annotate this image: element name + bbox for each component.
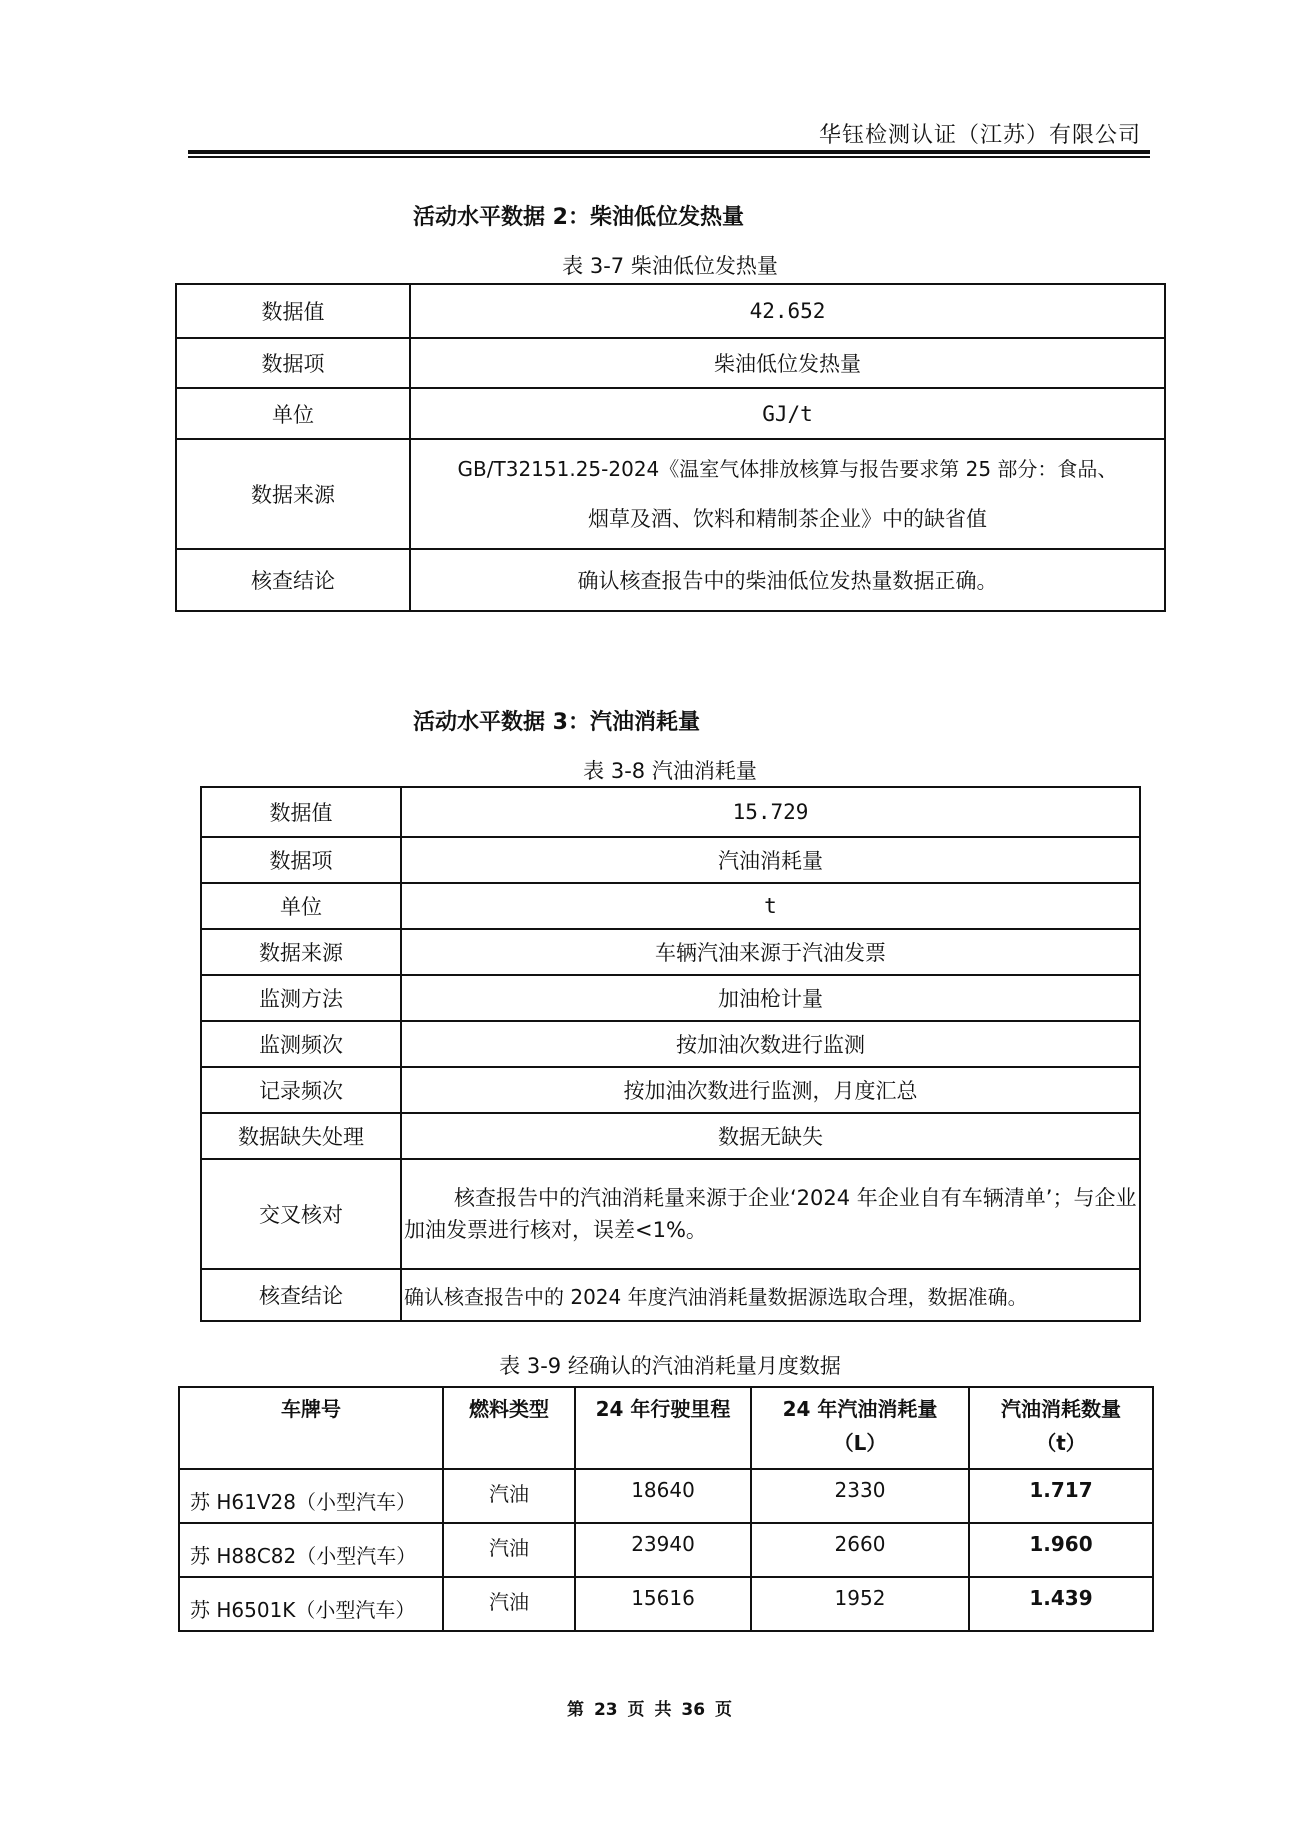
row-value: 汽油消耗量: [401, 837, 1140, 883]
table-caption-3-9: 表 3-9 经确认的汽油消耗量月度数据: [0, 1350, 1299, 1380]
row-label: 数据缺失处理: [201, 1113, 401, 1159]
cell-mileage: 18640: [575, 1469, 751, 1523]
row-label: 核查结论: [176, 549, 410, 611]
row-value: 车辆汽油来源于汽油发票: [401, 929, 1140, 975]
cell-liters: 2660: [751, 1523, 969, 1577]
row-label: 核查结论: [201, 1269, 401, 1321]
table-row: 数据来源 车辆汽油来源于汽油发票: [201, 929, 1140, 975]
row-label: 监测频次: [201, 1021, 401, 1067]
row-label: 监测方法: [201, 975, 401, 1021]
source-line-1: GB/T32151.25-2024《温室气体排放核算与报告要求第 25 部分：食…: [413, 444, 1162, 494]
table-row: 苏 H6501K（小型汽车） 汽油 15616 1952 1.439: [179, 1577, 1153, 1631]
cell-mileage: 15616: [575, 1577, 751, 1631]
table-caption-3-7: 表 3-7 柴油低位发热量: [0, 250, 1299, 280]
row-label: 数据值: [176, 284, 410, 338]
row-value: 加油枪计量: [401, 975, 1140, 1021]
table-row: 数据项 柴油低位发热量: [176, 338, 1165, 388]
section-title-gasoline: 活动水平数据 3：汽油消耗量: [413, 705, 700, 736]
table-row: 数据值 15.729: [201, 787, 1140, 837]
table-row: 数据缺失处理 数据无缺失: [201, 1113, 1140, 1159]
cell-liters: 1952: [751, 1577, 969, 1631]
table-row: 记录频次 按加油次数进行监测，月度汇总: [201, 1067, 1140, 1113]
table-row: 数据项 汽油消耗量: [201, 837, 1140, 883]
table-header-row: 车牌号 燃料类型 24 年行驶里程 24 年汽油消耗量（L） 汽油消耗数量（t）: [179, 1387, 1153, 1469]
table-row: 苏 H61V28（小型汽车） 汽油 18640 2330 1.717: [179, 1469, 1153, 1523]
col-header-liters: 24 年汽油消耗量（L）: [751, 1387, 969, 1469]
table-row: 核查结论 确认核查报告中的柴油低位发热量数据正确。: [176, 549, 1165, 611]
row-label: 数据来源: [201, 929, 401, 975]
row-value: 按加油次数进行监测，月度汇总: [401, 1067, 1140, 1113]
row-label: 数据项: [201, 837, 401, 883]
row-value: 数据无缺失: [401, 1113, 1140, 1159]
row-value: 核查报告中的汽油消耗量来源于企业‘2024 年企业自有车辆清单’；与企业加油发票…: [401, 1159, 1140, 1269]
row-value: 按加油次数进行监测: [401, 1021, 1140, 1067]
col-header-fuel: 燃料类型: [443, 1387, 575, 1469]
cell-plate: 苏 H88C82（小型汽车）: [179, 1523, 443, 1577]
row-value: 15.729: [401, 787, 1140, 837]
table-row: 数据值 42.652: [176, 284, 1165, 338]
cell-fuel: 汽油: [443, 1523, 575, 1577]
table-row: 单位 t: [201, 883, 1140, 929]
page-number: 第 23 页 共 36 页: [0, 1695, 1299, 1720]
row-label: 交叉核对: [201, 1159, 401, 1269]
table-row: 监测方法 加油枪计量: [201, 975, 1140, 1021]
cell-fuel: 汽油: [443, 1469, 575, 1523]
row-label: 数据值: [201, 787, 401, 837]
row-label: 单位: [201, 883, 401, 929]
header-divider: [188, 150, 1150, 158]
row-value: 柴油低位发热量: [410, 338, 1165, 388]
row-value: GB/T32151.25-2024《温室气体排放核算与报告要求第 25 部分：食…: [410, 439, 1165, 549]
table-row: 交叉核对 核查报告中的汽油消耗量来源于企业‘2024 年企业自有车辆清单’；与企…: [201, 1159, 1140, 1269]
cell-fuel: 汽油: [443, 1577, 575, 1631]
cell-tons: 1.439: [969, 1577, 1153, 1631]
table-gasoline-consumption: 数据值 15.729 数据项 汽油消耗量 单位 t 数据来源 车辆汽油来源于汽油…: [200, 786, 1141, 1322]
cell-plate: 苏 H6501K（小型汽车）: [179, 1577, 443, 1631]
row-value: 42.652: [410, 284, 1165, 338]
table-row: 核查结论 确认核查报告中的 2024 年度汽油消耗量数据源选取合理，数据准确。: [201, 1269, 1140, 1321]
cell-mileage: 23940: [575, 1523, 751, 1577]
cell-plate: 苏 H61V28（小型汽车）: [179, 1469, 443, 1523]
table-row: 监测频次 按加油次数进行监测: [201, 1021, 1140, 1067]
row-value: t: [401, 883, 1140, 929]
cross-check-text: 核查报告中的汽油消耗量来源于企业‘2024 年企业自有车辆清单’；与企业加油发票…: [404, 1186, 1136, 1242]
row-value: 确认核查报告中的柴油低位发热量数据正确。: [410, 549, 1165, 611]
table-row: 数据来源 GB/T32151.25-2024《温室气体排放核算与报告要求第 25…: [176, 439, 1165, 549]
cell-liters: 2330: [751, 1469, 969, 1523]
col-header-tons: 汽油消耗数量（t）: [969, 1387, 1153, 1469]
header-company-name: 华钰检测认证（江苏）有限公司: [819, 118, 1141, 149]
row-label: 数据项: [176, 338, 410, 388]
row-value: 确认核查报告中的 2024 年度汽油消耗量数据源选取合理，数据准确。: [401, 1269, 1140, 1321]
cell-tons: 1.717: [969, 1469, 1153, 1523]
table-caption-3-8: 表 3-8 汽油消耗量: [0, 755, 1299, 785]
source-line-2: 烟草及酒、饮料和精制茶企业》中的缺省值: [413, 494, 1162, 544]
row-value: GJ/t: [410, 388, 1165, 439]
row-label: 数据来源: [176, 439, 410, 549]
table-monthly-gasoline: 车牌号 燃料类型 24 年行驶里程 24 年汽油消耗量（L） 汽油消耗数量（t）…: [178, 1386, 1154, 1632]
section-title-diesel: 活动水平数据 2：柴油低位发热量: [413, 200, 744, 231]
col-header-mileage: 24 年行驶里程: [575, 1387, 751, 1469]
row-label: 单位: [176, 388, 410, 439]
col-header-plate: 车牌号: [179, 1387, 443, 1469]
table-row: 单位 GJ/t: [176, 388, 1165, 439]
table-row: 苏 H88C82（小型汽车） 汽油 23940 2660 1.960: [179, 1523, 1153, 1577]
table-diesel-ncv: 数据值 42.652 数据项 柴油低位发热量 单位 GJ/t 数据来源 GB/T…: [175, 283, 1166, 612]
row-label: 记录频次: [201, 1067, 401, 1113]
cell-tons: 1.960: [969, 1523, 1153, 1577]
